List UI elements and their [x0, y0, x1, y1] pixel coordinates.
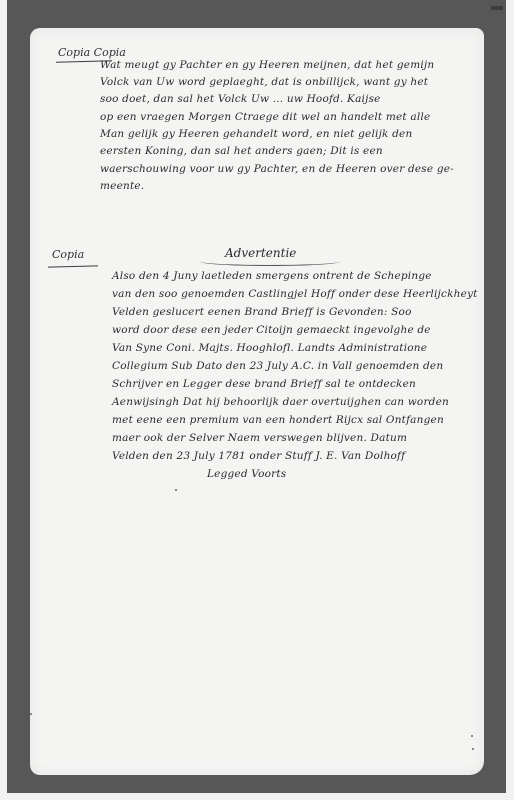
text-line: maer ook der Selver Naem verswegen blijv… — [112, 432, 407, 444]
text-line: Aenwijsingh Dat hij behoorlijk daer over… — [112, 396, 449, 408]
text-line: Also den 4 Juny laetleden smergens ontre… — [112, 270, 432, 282]
text-line: meente. — [100, 180, 144, 192]
paper-speck — [471, 735, 473, 737]
text-line: Man gelijk gy Heeren gehandelt word, en … — [100, 128, 412, 140]
text-line: van den soo genoemden Castlingjel Hoff o… — [112, 288, 478, 300]
paper-speck — [472, 748, 474, 750]
paper-speck — [30, 713, 32, 715]
text-line: word door dese een jeder Citoijn gemaeck… — [112, 324, 431, 336]
margin-label-copia-2: Copia — [52, 248, 84, 261]
text-line: op een vraegen Morgen Ctraege dit wel an… — [100, 111, 430, 123]
text-line: soo doet, dan sal het Volck Uw ... uw Ho… — [100, 93, 381, 105]
text-line: met eene een premium van een hondert Rij… — [112, 414, 444, 426]
text-line: waerschouwing voor uw gy Pachter, en de … — [100, 163, 454, 175]
text-line: Van Syne Coni. Majts. Hooghlofl. Landts … — [112, 342, 427, 354]
margin-label-copia-1: Copia Copia — [58, 46, 126, 59]
text-line: Schrijver en Legger dese brand Brieff sa… — [112, 378, 416, 390]
text-line: Volck van Uw word geplaeght, dat is onbi… — [100, 76, 428, 88]
scan-marker — [491, 6, 503, 10]
text-line: Velden geslucert eenen Brand Brieff is G… — [112, 306, 412, 318]
text-line: Velden den 23 July 1781 onder Stuff J. E… — [112, 450, 405, 462]
text-line: eersten Koning, dan sal het anders gaen;… — [100, 145, 383, 157]
title-brace — [200, 257, 340, 266]
paper-speck — [175, 489, 177, 491]
text-line: Wat meugt gy Pachter en gy Heeren meijne… — [100, 59, 434, 71]
text-line-signature: Legged Voorts — [207, 468, 286, 480]
text-line: Collegium Sub Dato den 23 July A.C. in V… — [112, 360, 443, 372]
